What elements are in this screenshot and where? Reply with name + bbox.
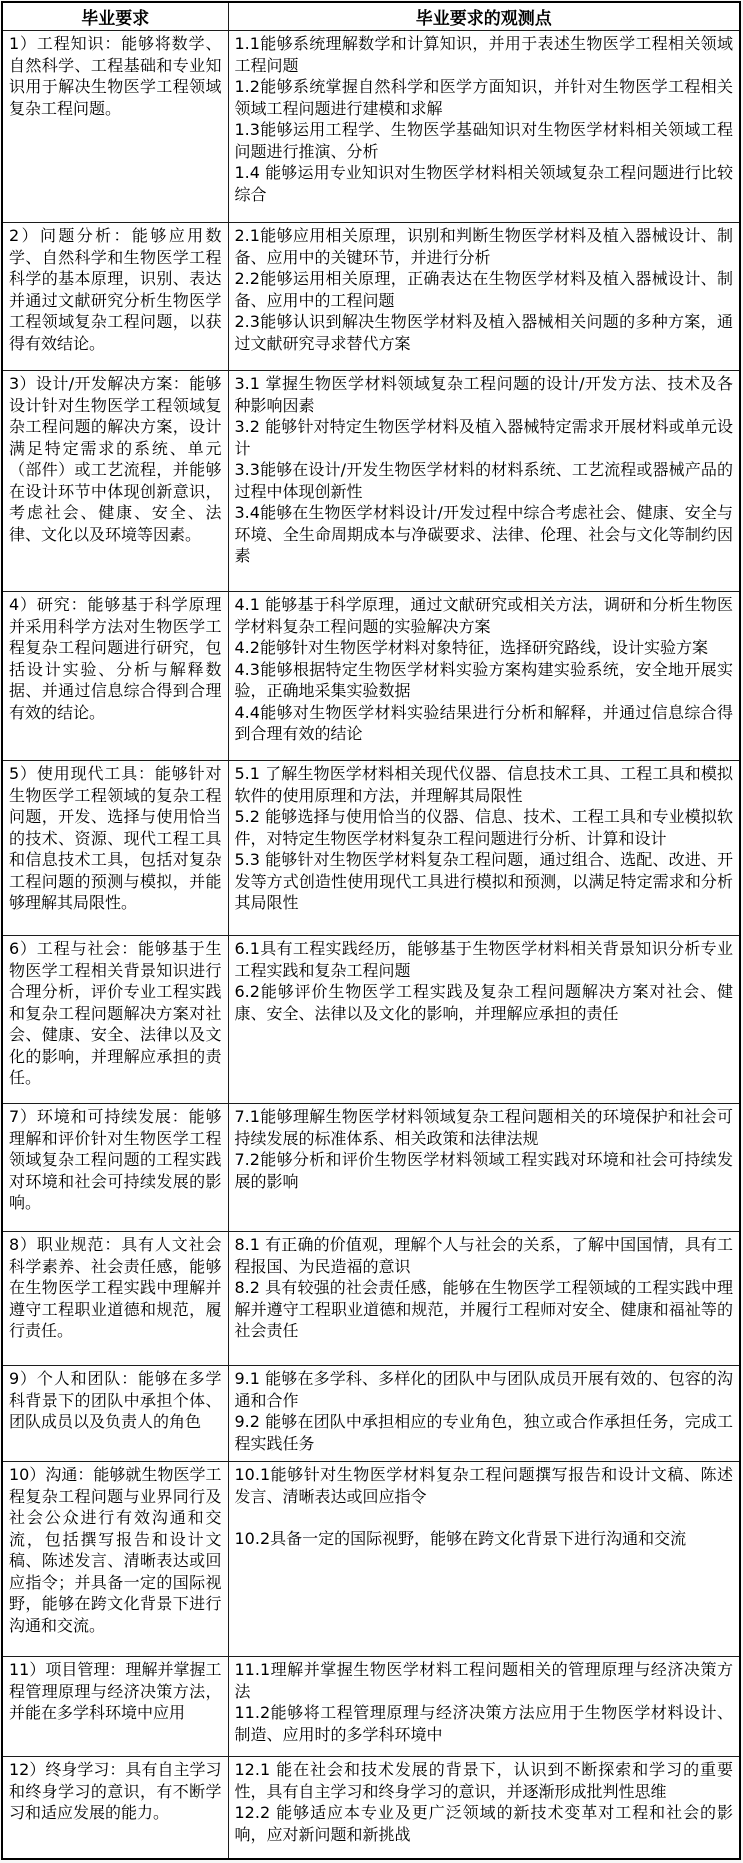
table-row: 4）研究：能够基于科学原理并采用科学方法对生物医学工程复杂工程问题进行研究，包括… <box>2 592 740 761</box>
requirement-text: 12）终身学习：具有自主学习和终身学习的意识，有不断学习和适应发展的能力。 <box>9 1759 222 1824</box>
observation-cell: 10.1能够针对生物医学材料复杂工程问题撰写报告和设计文稿、陈述发言、清晰表达或… <box>228 1462 740 1657</box>
observation-point: 7.2能够分析和评价生物医学材料领域工程实践对环境和社会可持续发展的影响 <box>235 1149 734 1192</box>
requirement-text: 2）问题分析：能够应用数学、自然科学和生物医学工程科学的基本原理，识别、表达并通… <box>9 225 222 354</box>
requirement-text: 5）使用现代工具：能够针对生物医学工程领域的复杂工程问题，开发、选择与使用恰当的… <box>9 763 222 914</box>
observation-cell: 8.1 有正确的价值观，理解个人与社会的关系，了解中国国情，具有工程报国、为民造… <box>228 1232 740 1366</box>
observation-point: 5.3 能够针对生物医学材料复杂工程问题，通过组合、选配、改进、开发等方式创造性… <box>235 849 734 914</box>
table-row: 10）沟通：能够就生物医学工程复杂工程问题与业界同行及社会公众进行有效沟通和交流… <box>2 1462 740 1657</box>
observation-point: 11.2能够将工程管理原理与经济决策方法应用于生物医学材料设计、制造、应用时的多… <box>235 1702 734 1745</box>
table-row: 6）工程与社会：能够基于生物医学工程相关背景知识进行合理分析，评价专业工程实践和… <box>2 936 740 1104</box>
observation-point: 7.1能够理解生物医学材料领域复杂工程问题相关的环境保护和社会可持续发展的标准体… <box>235 1106 734 1149</box>
requirement-cell: 4）研究：能够基于科学原理并采用科学方法对生物医学工程复杂工程问题进行研究，包括… <box>2 592 228 761</box>
observation-point: 3.2 能够针对特定生物医学材料及植入器械特定需求开展材料或单元设计 <box>235 416 734 459</box>
observation-point: 4.1 能够基于科学原理，通过文献研究或相关方法，调研和分析生物医学材料复杂工程… <box>235 594 734 637</box>
observation-point: 2.3能够认识到解决生物医学材料及植入器械相关问题的多种方案，通过文献研究寻求替… <box>235 311 734 354</box>
table-row: 5）使用现代工具：能够针对生物医学工程领域的复杂工程问题，开发、选择与使用恰当的… <box>2 761 740 936</box>
observation-point: 1.4 能够运用专业知识对生物医学材料相关领域复杂工程问题进行比较综合 <box>235 162 734 205</box>
requirement-cell: 3）设计/开发解决方案：能够设计针对生物医学工程领域复杂工程问题的解决方案，设计… <box>2 371 228 592</box>
requirement-text: 7）环境和可持续发展：能够理解和评价针对生物医学工程领域复杂工程问题的工程实践对… <box>9 1106 222 1214</box>
table-row: 3）设计/开发解决方案：能够设计针对生物医学工程领域复杂工程问题的解决方案，设计… <box>2 371 740 592</box>
table-row: 9）个人和团队：能够在多学科背景下的团队中承担个体、团队成员以及负责人的角色 9… <box>2 1366 740 1462</box>
requirement-cell: 6）工程与社会：能够基于生物医学工程相关背景知识进行合理分析，评价专业工程实践和… <box>2 936 228 1104</box>
requirement-text: 10）沟通：能够就生物医学工程复杂工程问题与业界同行及社会公众进行有效沟通和交流… <box>9 1464 222 1636</box>
table-row: 11）项目管理：理解并掌握工程管理原理与经济决策方法，并能在多学科环境中应用 1… <box>2 1657 740 1757</box>
document-page: 毕业要求 毕业要求的观测点 1）工程知识：能够将数学、自然科学、工程基础和专业知… <box>0 0 743 1863</box>
observation-point: 6.2能够评价生物医学工程实践及复杂工程问题解决方案对社会、健康、安全、法律以及… <box>235 981 734 1024</box>
requirement-text: 11）项目管理：理解并掌握工程管理原理与经济决策方法，并能在多学科环境中应用 <box>9 1659 222 1724</box>
observation-point: 11.1理解并掌握生物医学材料工程问题相关的管理原理与经济决策方法 <box>235 1659 734 1702</box>
requirement-cell: 1）工程知识：能够将数学、自然科学、工程基础和专业知识用于解决生物医学工程领域复… <box>2 31 228 223</box>
header-row: 毕业要求 毕业要求的观测点 <box>2 2 740 31</box>
column-header-observation-points: 毕业要求的观测点 <box>228 2 740 31</box>
observation-cell: 9.1 能够在多学科、多样化的团队中与团队成员开展有效的、包容的沟通和合作 9.… <box>228 1366 740 1462</box>
requirement-text: 3）设计/开发解决方案：能够设计针对生物医学工程领域复杂工程问题的解决方案，设计… <box>9 373 222 545</box>
observation-point: 12.2 能够适应本专业及更广泛领域的新技术变革对工程和社会的影响，应对新问题和… <box>235 1802 734 1845</box>
observation-point: 8.2 具有较强的社会责任感，能够在生物医学工程领域的工程实践中理解并遵守工程职… <box>235 1277 734 1342</box>
requirement-text: 4）研究：能够基于科学原理并采用科学方法对生物医学工程复杂工程问题进行研究，包括… <box>9 594 222 723</box>
observation-point: 9.1 能够在多学科、多样化的团队中与团队成员开展有效的、包容的沟通和合作 <box>235 1368 734 1411</box>
observation-point: 5.2 能够选择与使用恰当的仪器、信息、技术、工程工具和专业模拟软件，对特定生物… <box>235 806 734 849</box>
requirement-cell: 7）环境和可持续发展：能够理解和评价针对生物医学工程领域复杂工程问题的工程实践对… <box>2 1104 228 1232</box>
observation-point: 1.1能够系统理解数学和计算知识，并用于表述生物医学工程相关领域工程问题 <box>235 33 734 76</box>
table-row: 12）终身学习：具有自主学习和终身学习的意识，有不断学习和适应发展的能力。 12… <box>2 1757 740 1859</box>
table-row: 1）工程知识：能够将数学、自然科学、工程基础和专业知识用于解决生物医学工程领域复… <box>2 31 740 223</box>
requirement-cell: 12）终身学习：具有自主学习和终身学习的意识，有不断学习和适应发展的能力。 <box>2 1757 228 1859</box>
requirement-cell: 9）个人和团队：能够在多学科背景下的团队中承担个体、团队成员以及负责人的角色 <box>2 1366 228 1462</box>
observation-point: 5.1 了解生物医学材料相关现代仪器、信息技术工具、工程工具和模拟软件的使用原理… <box>235 763 734 806</box>
graduation-requirements-table: 毕业要求 毕业要求的观测点 1）工程知识：能够将数学、自然科学、工程基础和专业知… <box>1 1 741 1860</box>
observation-point: 4.3能够根据特定生物医学材料实验方案构建实验系统，安全地开展实验，正确地采集实… <box>235 659 734 702</box>
observation-cell: 3.1 掌握生物医学材料领域复杂工程问题的设计/开发方法、技术及各种影响因素 3… <box>228 371 740 592</box>
observation-cell: 5.1 了解生物医学材料相关现代仪器、信息技术工具、工程工具和模拟软件的使用原理… <box>228 761 740 936</box>
observation-point: 8.1 有正确的价值观，理解个人与社会的关系，了解中国国情，具有工程报国、为民造… <box>235 1234 734 1277</box>
observation-point: 10.1能够针对生物医学材料复杂工程问题撰写报告和设计文稿、陈述发言、清晰表达或… <box>235 1464 734 1507</box>
observation-cell: 6.1具有工程实践经历，能够基于生物医学材料相关背景知识分析专业工程实践和复杂工… <box>228 936 740 1104</box>
observation-point: 1.2能够系统掌握自然科学和医学方面知识，并针对生物医学工程相关领域工程问题进行… <box>235 76 734 119</box>
requirement-text: 9）个人和团队：能够在多学科背景下的团队中承担个体、团队成员以及负责人的角色 <box>9 1368 222 1433</box>
column-header-requirements: 毕业要求 <box>2 2 228 31</box>
observation-cell: 1.1能够系统理解数学和计算知识，并用于表述生物医学工程相关领域工程问题 1.2… <box>228 31 740 223</box>
observation-cell: 11.1理解并掌握生物医学材料工程问题相关的管理原理与经济决策方法 11.2能够… <box>228 1657 740 1757</box>
observation-point: 4.2能够针对生物医学材料对象特征，选择研究路线，设计实验方案 <box>235 637 734 659</box>
observation-cell: 2.1能够应用相关原理，识别和判断生物医学材料及植入器械设计、制备、应用中的关键… <box>228 223 740 371</box>
observation-cell: 7.1能够理解生物医学材料领域复杂工程问题相关的环境保护和社会可持续发展的标准体… <box>228 1104 740 1232</box>
observation-point: 3.3能够在设计/开发生物医学材料的材料系统、工艺流程或器械产品的过程中体现创新… <box>235 459 734 502</box>
observation-cell: 12.1 能在社会和技术发展的背景下，认识到不断探索和学习的重要性，具有自主学习… <box>228 1757 740 1859</box>
table-row: 2）问题分析：能够应用数学、自然科学和生物医学工程科学的基本原理，识别、表达并通… <box>2 223 740 371</box>
observation-point: 1.3能够运用工程学、生物医学基础知识对生物医学材料相关领域工程问题进行推演、分… <box>235 119 734 162</box>
requirement-cell: 8）职业规范：具有人文社会科学素养、社会责任感，能够在生物医学工程实践中理解并遵… <box>2 1232 228 1366</box>
requirement-cell: 2）问题分析：能够应用数学、自然科学和生物医学工程科学的基本原理，识别、表达并通… <box>2 223 228 371</box>
observation-point: 3.4能够在生物医学材料设计/开发过程中综合考虑社会、健康、安全与环境、全生命周… <box>235 502 734 567</box>
observation-point: 9.2 能够在团队中承担相应的专业角色，独立或合作承担任务，完成工程实践任务 <box>235 1411 734 1454</box>
observation-point: 6.1具有工程实践经历，能够基于生物医学材料相关背景知识分析专业工程实践和复杂工… <box>235 938 734 981</box>
requirement-text: 8）职业规范：具有人文社会科学素养、社会责任感，能够在生物医学工程实践中理解并遵… <box>9 1234 222 1342</box>
requirement-cell: 11）项目管理：理解并掌握工程管理原理与经济决策方法，并能在多学科环境中应用 <box>2 1657 228 1757</box>
table-row: 8）职业规范：具有人文社会科学素养、社会责任感，能够在生物医学工程实践中理解并遵… <box>2 1232 740 1366</box>
observation-point: 2.1能够应用相关原理，识别和判断生物医学材料及植入器械设计、制备、应用中的关键… <box>235 225 734 268</box>
requirement-cell: 5）使用现代工具：能够针对生物医学工程领域的复杂工程问题，开发、选择与使用恰当的… <box>2 761 228 936</box>
observation-point: 2.2能够运用相关原理，正确表达在生物医学材料及植入器械设计、制备、应用中的工程… <box>235 268 734 311</box>
observation-point: 4.4能够对生物医学材料实验结果进行分析和解释，并通过信息综合得到合理有效的结论 <box>235 702 734 745</box>
observation-point: 10.2具备一定的国际视野，能够在跨文化背景下进行沟通和交流 <box>235 1528 734 1550</box>
table-row: 7）环境和可持续发展：能够理解和评价针对生物医学工程领域复杂工程问题的工程实践对… <box>2 1104 740 1232</box>
observation-point: 3.1 掌握生物医学材料领域复杂工程问题的设计/开发方法、技术及各种影响因素 <box>235 373 734 416</box>
requirement-text: 6）工程与社会：能够基于生物医学工程相关背景知识进行合理分析，评价专业工程实践和… <box>9 938 222 1089</box>
requirement-cell: 10）沟通：能够就生物医学工程复杂工程问题与业界同行及社会公众进行有效沟通和交流… <box>2 1462 228 1657</box>
requirement-text: 1）工程知识：能够将数学、自然科学、工程基础和专业知识用于解决生物医学工程领域复… <box>9 33 222 119</box>
observation-point: 12.1 能在社会和技术发展的背景下，认识到不断探索和学习的重要性，具有自主学习… <box>235 1759 734 1802</box>
observation-cell: 4.1 能够基于科学原理，通过文献研究或相关方法，调研和分析生物医学材料复杂工程… <box>228 592 740 761</box>
